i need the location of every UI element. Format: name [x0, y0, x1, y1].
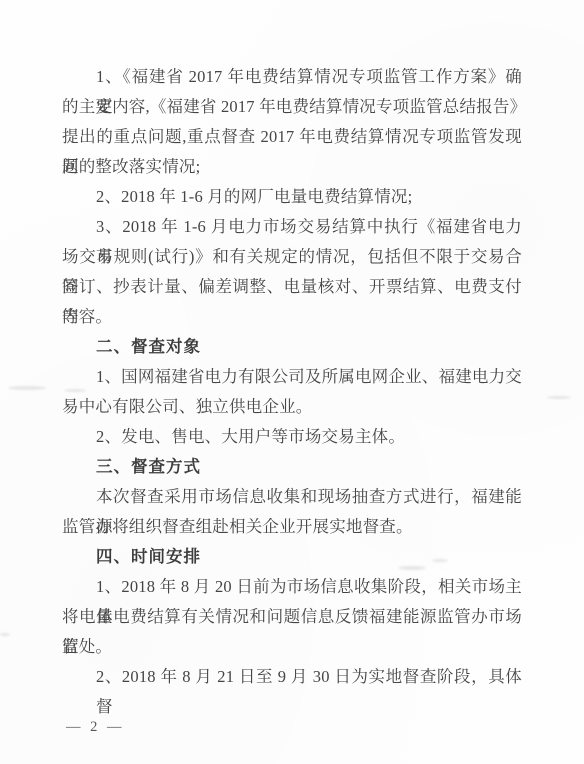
- document-line: 1、2018 年 8 月 20 日前为市场信息收集阶段，相关市场主体: [62, 572, 522, 602]
- document-line: 3、2018 年 1-6 月电力市场交易结算中执行《福建省电力市: [62, 212, 522, 242]
- document-line: 管处。: [62, 632, 522, 662]
- scan-smudge: [547, 396, 571, 399]
- document-line: 场交易规则(试行)》和有关规定的情况，包括但不限于交易合同: [62, 242, 522, 272]
- scan-smudge: [432, 559, 448, 562]
- document-line: 将电量电费结算有关情况和问题信息反馈福建能源监管办市场监: [62, 602, 522, 632]
- document-line: 2、发电、售电、大用户等市场交易主体。: [62, 422, 522, 452]
- section-heading: 二、督查对象: [62, 332, 522, 362]
- scan-smudge: [0, 633, 10, 636]
- document-line: 2、2018 年 8 月 21 日至 9 月 30 日为实地督查阶段，具体督: [62, 662, 522, 692]
- document-line: 监管办将组织督查组赴相关企业开展实地督查。: [62, 512, 522, 542]
- document-line: 签订、抄表计量、偏差调整、电量核对、开票结算、电费支付等: [62, 272, 522, 302]
- document-body: 1、《福建省 2017 年电费结算情况专项监管工作方案》确定的主要内容,《福建省…: [62, 62, 522, 692]
- scan-smudge: [398, 566, 426, 570]
- document-line: 本次督查采用市场信息收集和现场抽查方式进行，福建能源: [62, 482, 522, 512]
- document-line: 提出的重点问题,重点督查 2017 年电费结算情况专项监管发现问: [62, 122, 522, 152]
- page-number-footer: — 2 —: [66, 719, 125, 736]
- document-line: 1、国网福建省电力有限公司及所属电网企业、福建电力交: [62, 362, 522, 392]
- document-line: 1、《福建省 2017 年电费结算情况专项监管工作方案》确定: [62, 62, 522, 92]
- section-heading: 四、时间安排: [62, 542, 522, 572]
- document-line: 2、2018 年 1-6 月的网厂电量电费结算情况;: [62, 182, 522, 212]
- scanned-document-page: 1、《福建省 2017 年电费结算情况专项监管工作方案》确定的主要内容,《福建省…: [0, 0, 584, 764]
- document-line: 内容。: [62, 302, 522, 332]
- document-line: 题的整改落实情况;: [62, 152, 522, 182]
- section-heading: 三、督查方式: [62, 452, 522, 482]
- document-line: 易中心有限公司、独立供电企业。: [62, 392, 522, 422]
- scan-smudge: [64, 389, 86, 392]
- scan-smudge: [8, 386, 46, 390]
- document-line: 的主要内容,《福建省 2017 年电费结算情况专项监管总结报告》: [62, 92, 522, 122]
